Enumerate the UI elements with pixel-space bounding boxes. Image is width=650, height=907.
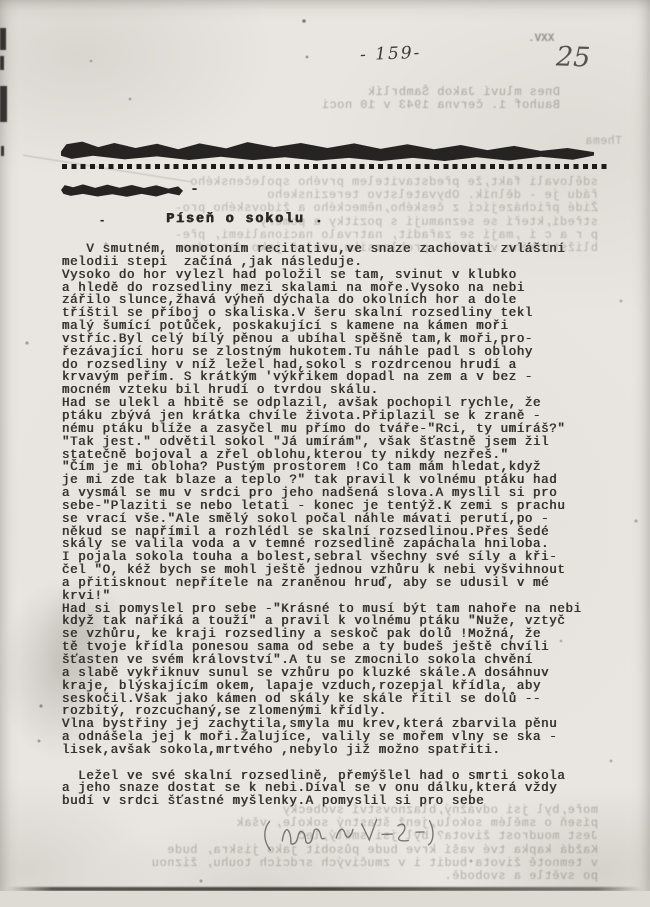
bleedthrough-header-fragment: Thema	[585, 135, 622, 148]
typed-line: čel "O, kéž bych se mohl ještě jednou vz…	[62, 564, 622, 577]
typed-line: a odnášela jej k moři.Žalujíce, valily s…	[62, 731, 622, 744]
typed-line: vstříc.Byl celý bílý pěnou a ubíhal spěš…	[62, 333, 622, 346]
bleedthrough-line: Thema	[585, 135, 622, 148]
typed-line: melodii stepi začíná ,jak následuje.	[62, 256, 622, 269]
typed-line: lisek,avšak sokola,mrtvého ,nebylo již m…	[62, 744, 622, 757]
title-leading-dash: -	[100, 212, 104, 227]
bleedthrough-line: po světle a svobodě.	[78, 870, 598, 883]
bleedthrough-top-block: Dnes mluví Jakob ŠambrlíkBauhof 1. červn…	[295, 86, 560, 112]
document-title: Píseň o sokolu .	[166, 212, 324, 227]
typed-line: šťasten ve svém království".A tu se zmoc…	[62, 654, 622, 667]
binding-edge-mark	[0, 56, 4, 70]
redaction-bar-primary	[61, 140, 594, 161]
typed-line: kraje, blýskajícím okem, lapaje vzduch,r…	[62, 680, 622, 693]
typed-line: V smutném, monotoním recitativu,ve snaze…	[62, 243, 622, 256]
typed-dotted-rule	[62, 164, 608, 169]
typed-line: se vrací vše."Ale smělý sokol počal náhl…	[62, 513, 622, 526]
typed-line: a slabě vykřiknuv sunul se vzhůru po klu…	[62, 667, 622, 680]
bleedthrough-line: Jest moudrost života? byl jsi smělý,leč	[78, 830, 598, 843]
page-number: - 159-	[360, 43, 422, 65]
bleedthrough-bottom-block: moře,byl jsi odvážný,blaznovství svobeck…	[78, 804, 598, 883]
scan-background-strip	[0, 891, 650, 907]
handwritten-page-number: 25	[555, 41, 590, 73]
typed-line: a přitisknout nepřítele na zraněnou hruď…	[62, 577, 622, 590]
typed-line: krvi!"	[62, 590, 622, 603]
bleedthrough-line: Židé přicházející z českého,německého a …	[88, 202, 598, 215]
typed-line: sebe-"Plaziti se nebo letati - konec je …	[62, 500, 622, 513]
bleedthrough-line: Bauhof 1. června 1943 v 10 noci	[295, 99, 560, 112]
typed-body-text: V smutném, monotoním recitativu,ve snaze…	[62, 243, 622, 808]
scanned-page: XXV. - 159- 25 Dnes mluví Jakob Šambrlík…	[0, 0, 650, 907]
binding-edge-mark	[0, 28, 6, 50]
typed-line: Vysoko do hor vylezl had položil se tam,…	[62, 269, 622, 282]
bleedthrough-line: Každá kapka tvé vaší krve bude působit j…	[78, 844, 598, 857]
typed-line: řezávající horu se zlostným hukotem.Tu n…	[62, 346, 622, 359]
typed-line: a vysmál se mu v srdci pro jeho nadšená …	[62, 487, 622, 500]
paper-speckles	[0, 0, 2, 2]
binding-edge-mark	[0, 86, 7, 122]
bleedthrough-line: středí,kteří se seznamují s pozitky a po…	[88, 216, 598, 229]
typed-line: "Tak jest." odvětil sokol "Já umírám", v…	[62, 436, 622, 449]
typed-line: nému ptáku blíže a zasyčel mu přímo do t…	[62, 423, 622, 436]
typed-line	[62, 757, 622, 770]
typed-line: ptáku zbývá jen krátka chvíle života.Při…	[62, 410, 622, 423]
mirrored-corner-numeral: XXV.	[528, 33, 554, 45]
redaction-trailing-dash: -	[190, 181, 199, 198]
binding-edge-mark	[1, 146, 4, 156]
typed-line: malý šumící potůček, poskakující s kamen…	[62, 320, 622, 333]
